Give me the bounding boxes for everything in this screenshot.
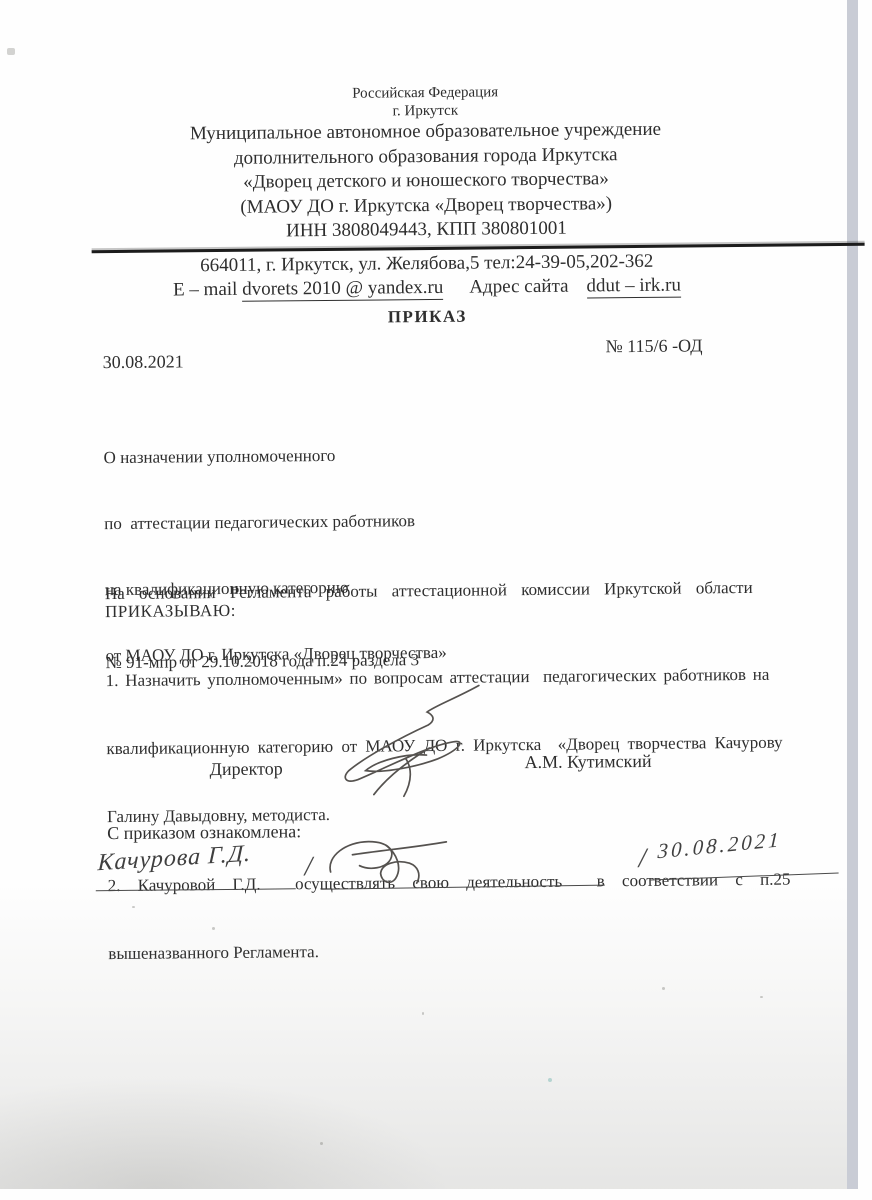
order-title: ПРИКАЗ — [0, 303, 857, 331]
subject-line: по аттестации педагогических работников — [104, 510, 445, 535]
acknowledgment-separator: / — [638, 843, 646, 875]
acknowledgment-separator: / — [304, 851, 312, 883]
document-content: Российская Федерация г. Иркутск Муниципа… — [0, 0, 872, 1200]
letterhead-contacts: 664011, г. Иркутск, ул. Желябова,5 тел:2… — [0, 248, 857, 304]
order-number: № 115/6 -ОД — [605, 335, 702, 357]
email-value: dvorets 2010 @ yandex.ru — [242, 277, 443, 302]
subject-line: О назначении уполномоченного — [104, 444, 445, 469]
site-value: ddut – irk.ru — [586, 275, 681, 299]
director-signature — [329, 667, 485, 800]
order-line: вышеназванного Регламента. — [108, 937, 788, 966]
order-heading: ПРИКАЗЫВАЮ: — [105, 601, 236, 622]
director-name: А.М. Кутимский — [524, 751, 651, 773]
letterhead: Российская Федерация г. Иркутск Муниципа… — [0, 80, 857, 247]
scanned-order-document: Российская Федерация г. Иркутск Муниципа… — [0, 0, 872, 1200]
email-label: Е – mail — [173, 279, 238, 301]
director-label: Директор — [210, 758, 283, 780]
order-date: 30.08.2021 — [103, 351, 184, 373]
site-label: Адрес сайта — [469, 276, 568, 298]
acknowledgment-signature — [324, 833, 465, 892]
acknowledgment-label: С приказом ознакомлена: — [107, 821, 301, 844]
